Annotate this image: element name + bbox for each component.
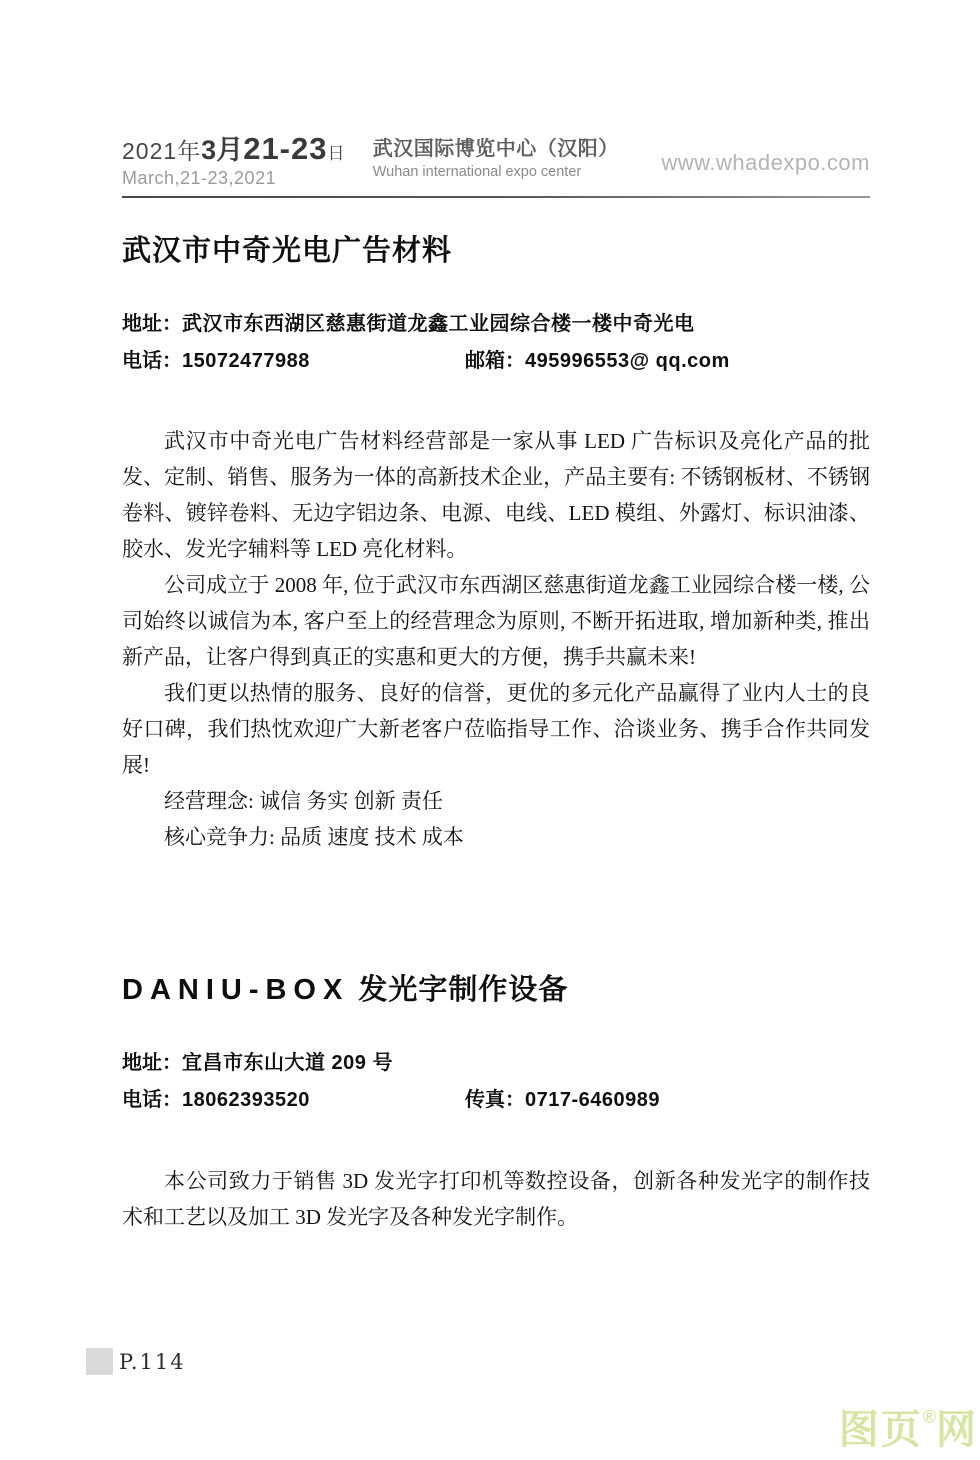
company1-paragraph-3: 我们更以热情的服务、良好的信誉，更优的多元化产品赢得了业内人士的良好口碑，我们热… xyxy=(122,675,870,783)
company1-email-value: 495996553@ qq.com xyxy=(525,350,730,372)
company1-address-value: 武汉市东西湖区慈惠街道龙鑫工业园综合楼一楼中奇光电 xyxy=(182,313,695,335)
header-divider-line xyxy=(122,196,870,198)
venue-block: 武汉国际博览中心（汉阳） Wuhan international expo ce… xyxy=(373,128,643,180)
page-footer: P.114 xyxy=(86,1348,186,1375)
company1-email: 邮箱：495996553@ qq.com xyxy=(465,343,730,380)
company2-fax-value: 0717-6460989 xyxy=(525,1089,660,1111)
company1-phone-value: 15072477988 xyxy=(182,350,310,372)
company2-description: 本公司致力于销售 3D 发光字打印机等数控设备，创新各种发光字的制作技术和工艺以… xyxy=(122,1163,870,1235)
venue-name-chinese: 武汉国际博览中心（汉阳） xyxy=(373,132,643,161)
company2-fax: 传真：0717-6460989 xyxy=(465,1082,660,1119)
company2-address-label: 地址： xyxy=(122,1052,182,1074)
company2-paragraph-1: 本公司致力于销售 3D 发光字打印机等数控设备，创新各种发光字的制作技术和工艺以… xyxy=(122,1163,870,1235)
event-date-day-char: 日 xyxy=(328,144,345,163)
watermark-logo: 图页®网 xyxy=(839,1398,978,1455)
watermark-text-left: 图页 xyxy=(839,1408,923,1452)
company1-address-row: 地址：武汉市东西湖区慈惠街道龙鑫工业园综合楼一楼中奇光电 xyxy=(122,306,870,343)
company1-phone-email-row: 电话：15072477988 邮箱：495996553@ qq.com xyxy=(122,343,870,380)
company1-description: 武汉市中奇光电广告材料经营部是一家从事 LED 广告标识及亮化产品的批发、定制、… xyxy=(122,423,870,855)
company2-address-row: 地址：宜昌市东山大道 209 号 xyxy=(122,1045,870,1082)
company1-paragraph-1: 武汉市中奇光电广告材料经营部是一家从事 LED 广告标识及亮化产品的批发、定制、… xyxy=(122,423,870,567)
venue-name-english: Wuhan international expo center xyxy=(373,164,643,180)
company1-phone: 电话：15072477988 xyxy=(122,343,465,380)
event-date-days: 21-23 xyxy=(243,131,327,166)
company2-phone-value: 18062393520 xyxy=(182,1089,310,1111)
page-header: 2021年3月21-23日 March,21-23,2021 武汉国际博览中心（… xyxy=(122,128,870,189)
company2-phone: 电话：18062393520 xyxy=(122,1082,465,1119)
company2-fax-label: 传真： xyxy=(465,1089,525,1111)
company1-email-label: 邮箱： xyxy=(465,350,525,372)
company1-phone-label: 电话： xyxy=(122,350,182,372)
company2-phone-fax-row: 电话：18062393520 传真：0717-6460989 xyxy=(122,1082,870,1119)
company2-name: DANIU-BOX 发光字制作设备 xyxy=(122,967,870,1008)
page-number-square-icon xyxy=(86,1348,113,1375)
company1-address-label: 地址： xyxy=(122,313,182,335)
company1-paragraph-2: 公司成立于 2008 年, 位于武汉市东西湖区慈惠街道龙鑫工业园综合楼一楼, 公… xyxy=(122,567,870,675)
company2-section: DANIU-BOX 发光字制作设备 地址：宜昌市东山大道 209 号 电话：18… xyxy=(122,967,870,1235)
company2-name-chinese: 发光字制作设备 xyxy=(358,974,568,1006)
company1-name: 武汉市中奇光电广告材料 xyxy=(122,228,870,269)
event-date-month: 3月 xyxy=(201,135,243,165)
event-date-english: March,21-23,2021 xyxy=(122,168,354,189)
event-date-chinese: 2021年3月21-23日 xyxy=(122,128,354,167)
company2-phone-label: 电话： xyxy=(122,1089,182,1111)
company2-contact: 地址：宜昌市东山大道 209 号 电话：18062393520 传真：0717-… xyxy=(122,1045,870,1119)
company1-contact: 地址：武汉市东西湖区慈惠街道龙鑫工业园综合楼一楼中奇光电 电话：15072477… xyxy=(122,306,870,380)
expo-website-url: www.whadexpo.com xyxy=(661,128,870,176)
company1-philosophy-line: 经营理念: 诚信 务实 创新 责任 xyxy=(122,783,870,819)
company2-name-latin: DANIU-BOX xyxy=(122,974,349,1006)
watermark-text-right: 网 xyxy=(936,1408,978,1452)
company1-core-competitiveness-line: 核心竞争力: 品质 速度 技术 成本 xyxy=(122,819,870,855)
catalog-page: 2021年3月21-23日 March,21-23,2021 武汉国际博览中心（… xyxy=(0,0,980,1460)
event-date-block: 2021年3月21-23日 March,21-23,2021 xyxy=(122,128,354,189)
company2-address-value: 宜昌市东山大道 209 号 xyxy=(182,1052,393,1074)
registered-trademark-icon: ® xyxy=(923,1407,936,1427)
event-date-year: 2021年 xyxy=(122,138,201,164)
company1-section: 武汉市中奇光电广告材料 地址：武汉市东西湖区慈惠街道龙鑫工业园综合楼一楼中奇光电… xyxy=(122,228,870,855)
page-number: P.114 xyxy=(119,1350,186,1374)
